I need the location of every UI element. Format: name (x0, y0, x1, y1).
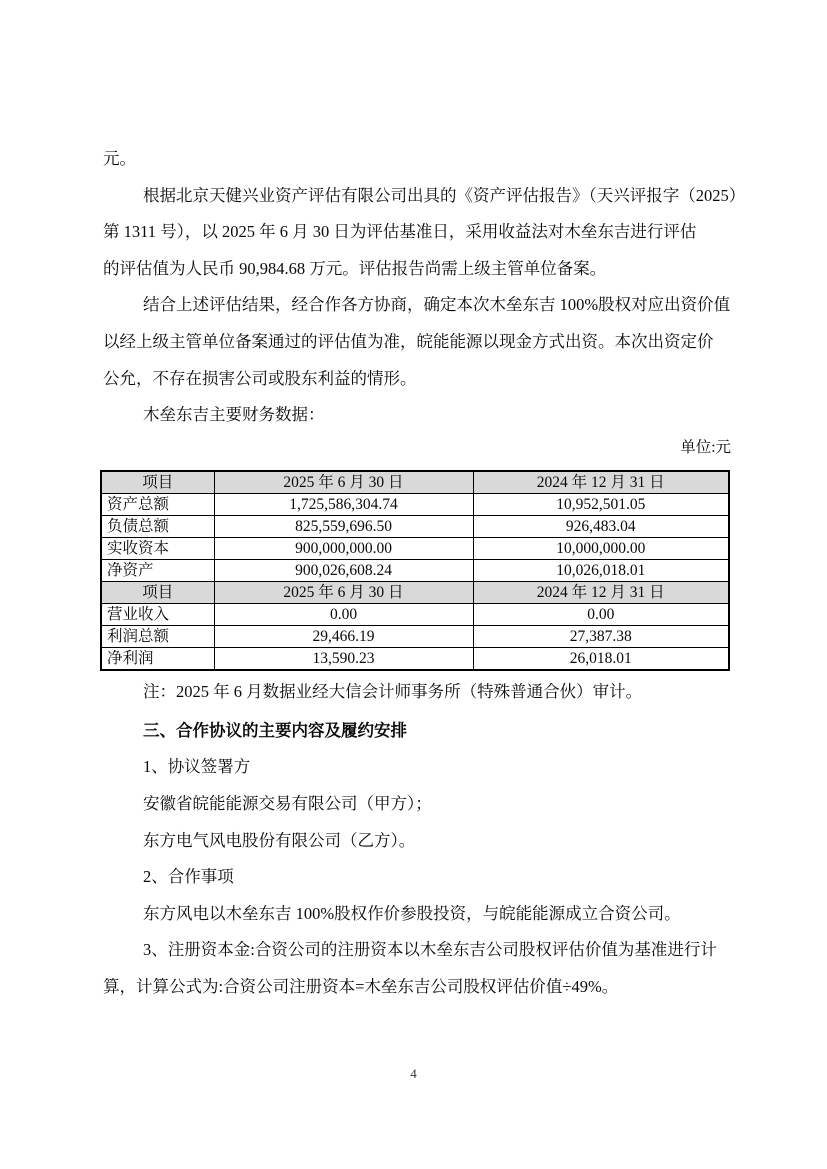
table-header-cell: 2024 年 12 月 31 日 (473, 471, 729, 494)
item-title: 2、合作事项 (103, 859, 731, 896)
row-label: 净利润 (101, 647, 214, 670)
row-value: 29,466.19 (214, 625, 473, 647)
row-value: 900,026,608.24 (214, 559, 473, 581)
row-value: 0.00 (473, 603, 729, 625)
table-header-cell: 2025 年 6 月 30 日 (214, 581, 473, 603)
table-header-cell: 2025 年 6 月 30 日 (214, 471, 473, 494)
table-row: 负债总额 825,559,696.50 926,483.04 (101, 515, 729, 537)
table-header-cell: 2024 年 12 月 31 日 (473, 581, 729, 603)
party-a-line: 安徽省皖能能源交易有限公司（甲方）； (103, 786, 731, 823)
row-label: 净资产 (101, 559, 214, 581)
paragraph-line: 算，计算公式为:合资公司注册资本=木垒东吉公司股权评估价值÷49%。 (103, 969, 731, 1006)
page-number: 4 (0, 1066, 827, 1082)
table-header-cell: 项目 (101, 581, 214, 603)
row-value: 0.00 (214, 603, 473, 625)
row-value: 26,018.01 (473, 647, 729, 670)
table-note: 注：2025 年 6 月数据业经大信会计师事务所（特殊普通合伙）审计。 (103, 677, 731, 707)
paragraph-line: 的评估值为人民币 90,984.68 万元。评估报告尚需上级主管单位备案。 (103, 251, 731, 288)
paragraph-line: 以经上级主管单位备案通过的评估值为准，皖能能源以现金方式出资。本次出资定价 (103, 324, 731, 361)
row-value: 27,387.38 (473, 625, 729, 647)
document-page: 元。 根据北京天健兴业资产评估有限公司出具的《资产评估报告》（天兴评报字（202… (0, 0, 827, 1169)
financial-table: 项目 2025 年 6 月 30 日 2024 年 12 月 31 日 资产总额… (100, 470, 730, 671)
paragraph-line: 3、注册资本金:合资公司的注册资本以木垒东吉公司股权评估价值为基准进行计 (103, 932, 731, 969)
section-heading: 三、合作协议的主要内容及履约安排 (103, 713, 731, 750)
party-b-line: 东方电气风电股份有限公司（乙方）。 (103, 823, 731, 860)
paragraph-line: 结合上述评估结果，经合作各方协商，确定本次木垒东吉 100%股权对应出资价值 (103, 287, 731, 324)
paragraph-line: 公允，不存在损害公司或股东利益的情形。 (103, 361, 731, 398)
table-header-cell: 项目 (101, 471, 214, 494)
table-row: 营业收入 0.00 0.00 (101, 603, 729, 625)
row-value: 926,483.04 (473, 515, 729, 537)
row-label: 实收资本 (101, 537, 214, 559)
row-label: 资产总额 (101, 493, 214, 515)
item-title: 1、协议签署方 (103, 749, 731, 786)
table-row: 净资产 900,026,608.24 10,026,018.01 (101, 559, 729, 581)
row-value: 13,590.23 (214, 647, 473, 670)
paragraph-line: 元。 (103, 141, 731, 178)
row-value: 10,952,501.05 (473, 493, 729, 515)
paragraph-line: 木垒东吉主要财务数据： (103, 397, 731, 434)
row-label: 营业收入 (101, 603, 214, 625)
paragraph-line: 第 1311 号），以 2025 年 6 月 30 日为评估基准日，采用收益法对… (103, 214, 731, 251)
row-value: 10,026,018.01 (473, 559, 729, 581)
document-content: 元。 根据北京天健兴业资产评估有限公司出具的《资产评估报告》（天兴评报字（202… (103, 141, 731, 1006)
paragraph-line: 根据北京天健兴业资产评估有限公司出具的《资产评估报告》（天兴评报字（2025） (103, 178, 731, 215)
row-value: 1,725,586,304.74 (214, 493, 473, 515)
row-label: 利润总额 (101, 625, 214, 647)
table-row: 资产总额 1,725,586,304.74 10,952,501.05 (101, 493, 729, 515)
table-header-row: 项目 2025 年 6 月 30 日 2024 年 12 月 31 日 (101, 471, 729, 494)
row-value: 900,000,000.00 (214, 537, 473, 559)
row-value: 825,559,696.50 (214, 515, 473, 537)
row-label: 负债总额 (101, 515, 214, 537)
row-value: 10,000,000.00 (473, 537, 729, 559)
table-row: 利润总额 29,466.19 27,387.38 (101, 625, 729, 647)
paragraph-line: 东方风电以木垒东吉 100%股权作价参股投资，与皖能能源成立合资公司。 (103, 896, 731, 933)
unit-label: 单位:元 (103, 434, 731, 462)
table-header-row: 项目 2025 年 6 月 30 日 2024 年 12 月 31 日 (101, 581, 729, 603)
table-row: 净利润 13,590.23 26,018.01 (101, 647, 729, 670)
table-row: 实收资本 900,000,000.00 10,000,000.00 (101, 537, 729, 559)
